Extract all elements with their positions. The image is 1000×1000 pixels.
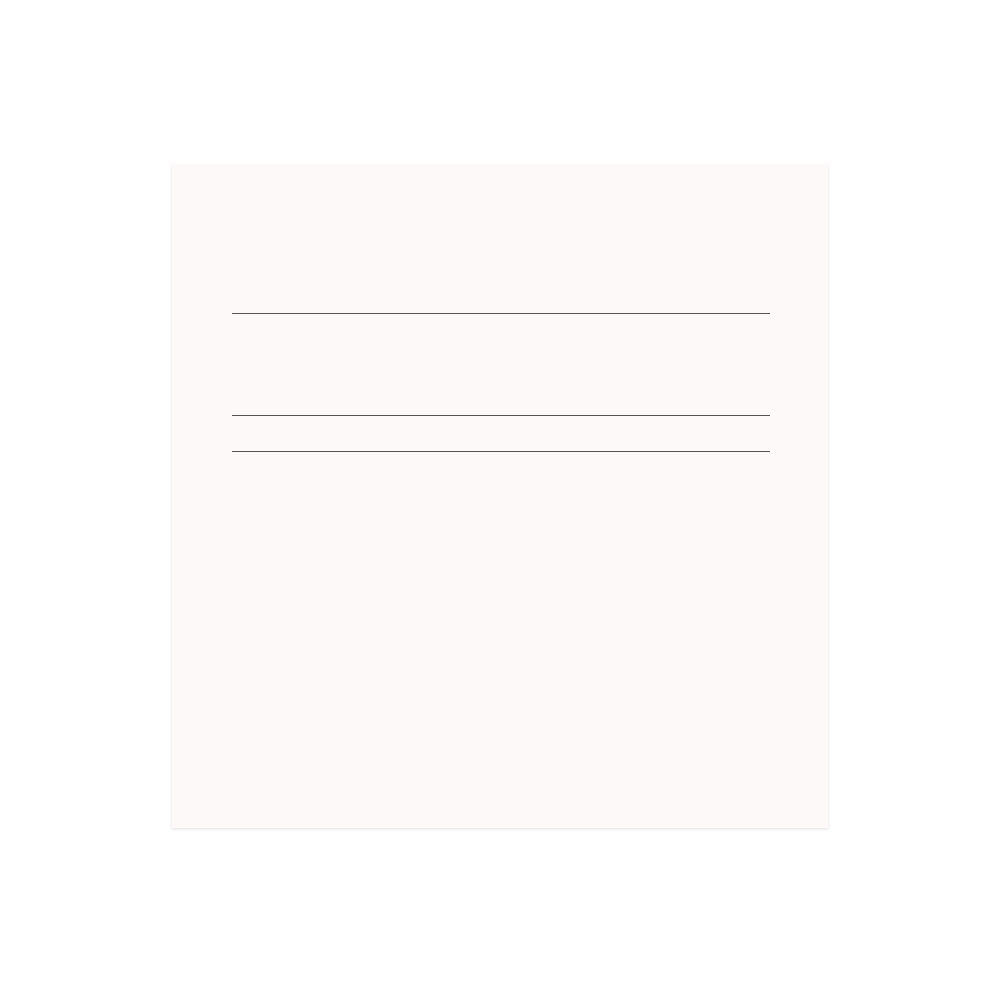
divider [232,415,770,416]
declaration-document [172,165,828,828]
divider [232,313,770,314]
person-row [232,335,770,348]
divider [232,451,770,452]
product-line-1 [232,363,770,376]
